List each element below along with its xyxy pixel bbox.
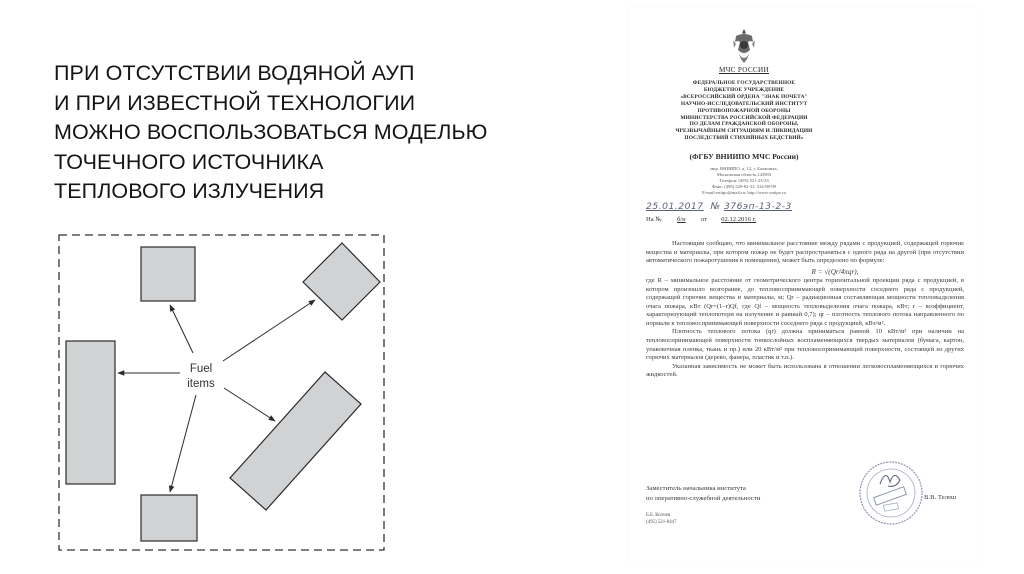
- reference-line: На № б/н от 02.12.2016 г.: [646, 216, 769, 223]
- ref-prefix: На №: [646, 216, 662, 223]
- letter-body: Настоящим сообщаю, что минимальное расст…: [646, 240, 964, 380]
- arrow-to-tilted-rectangle: [224, 388, 275, 421]
- fuel-item-bottom-square: [141, 495, 197, 541]
- fuel-item-left-tall-rectangle: [66, 341, 115, 484]
- paragraph: Указанная зависимость не может быть испо…: [646, 363, 964, 380]
- signature-title-line: по оперативно-служебной деятельности: [646, 494, 760, 504]
- organization-contacts: мкр. ВНИИПО, д. 12, г. Балашиха, Московс…: [628, 166, 860, 196]
- title-line: МОЖНО ВОСПОЛЬЗОВАТЬСЯ МОДЕЛЬЮ: [54, 118, 574, 148]
- fuel-item-right-tilted-rectangle: [230, 372, 361, 510]
- paragraph: где R – минимальное расстояние от геомет…: [646, 277, 964, 328]
- fuel-item-top-square: [141, 247, 195, 301]
- signature-title-line: Заместитель начальника института: [646, 484, 760, 494]
- ref-from: от: [701, 216, 707, 223]
- handwritten-registration: 25.01.2017 № 376эп-13-2-3: [646, 201, 792, 212]
- arrow-to-diamond: [223, 300, 315, 361]
- org-line: «ВСЕРОССИЙСКИЙ ОРДЕНА "ЗНАК ПОЧЕТА": [628, 94, 860, 101]
- slide-title: ПРИ ОТСУТСТВИИ ВОДЯНОЙ АУП И ПРИ ИЗВЕСТН…: [54, 59, 574, 207]
- contact-line: E-mail:vniipo@mail.ru; http://www.vniipo…: [628, 190, 860, 196]
- fuel-items-diagram: Fuel items: [50, 225, 390, 574]
- fuel-items-label-line-2: items: [187, 378, 215, 390]
- fuel-items-label-line-1: Fuel: [190, 363, 212, 375]
- handwritten-number: 376эп-13-2-3: [724, 201, 792, 212]
- org-line: ФЕДЕРАЛЬНОЕ ГОСУДАРСТВЕННОЕ: [628, 80, 860, 87]
- title-line: ТОЧЕЧНОГО ИСТОЧНИКА: [54, 148, 574, 178]
- ref-number: б/н: [663, 216, 699, 223]
- fuel-item-shapes: [66, 243, 380, 541]
- ref-date: 02.12.2016 г.: [709, 216, 769, 223]
- org-line: НАУЧНО-ИССЛЕДОВАТЕЛЬСКИЙ ИНСТИТУТ: [628, 101, 860, 108]
- fuel-item-top-right-diamond: [303, 243, 380, 320]
- organization-short-name: (ФГБУ ВНИИПО МЧС России): [628, 152, 860, 161]
- title-line: ТЕПЛОВОГО ИЗЛУЧЕНИЯ: [54, 177, 574, 207]
- organization-name: ФЕДЕРАЛЬНОЕ ГОСУДАРСТВЕННОЕ БЮДЖЕТНОЕ УЧ…: [628, 80, 860, 142]
- paragraph: Плотность теплового потока (qr) должна п…: [646, 328, 964, 362]
- executor-phone: (495) 521-8447: [646, 519, 677, 526]
- title-line: ПРИ ОТСУТСТВИИ ВОДЯНОЙ АУП: [54, 59, 574, 89]
- emblem-icon: [731, 28, 757, 64]
- arrow-to-top-square: [170, 305, 193, 353]
- org-line: ПРОТИВОПОЖАРНОЙ ОБОРОНЫ: [628, 108, 860, 115]
- paragraph: Настоящим сообщаю, что минимальное расст…: [646, 240, 964, 266]
- diagram-canvas: Fuel items: [50, 225, 390, 574]
- org-line: БЮДЖЕТНОЕ УЧРЕЖДЕНИЕ: [628, 87, 860, 94]
- title-line: И ПРИ ИЗВЕСТНОЙ ТЕХНОЛОГИИ: [54, 89, 574, 119]
- executor-name: Б.Б. Колчев: [646, 512, 677, 519]
- signature-title: Заместитель начальника института по опер…: [646, 484, 760, 503]
- org-line: ПОСЛЕДСТВИЙ СТИХИЙНЫХ БЕДСТВИЙ»: [628, 135, 860, 142]
- executor-info: Б.Б. Колчев (495) 521-8447: [646, 512, 677, 526]
- handwritten-date: 25.01.2017: [646, 201, 704, 212]
- ministry-name: МЧС РОССИИ: [628, 66, 860, 74]
- signature-name: В.В. Телеш: [924, 494, 956, 501]
- arrow-to-bottom-square: [170, 395, 196, 492]
- official-stamp-icon: [858, 460, 924, 526]
- official-letter-scan: МЧС РОССИИ ФЕДЕРАЛЬНОЕ ГОСУДАРСТВЕННОЕ Б…: [628, 8, 978, 564]
- number-sign: №: [710, 201, 720, 212]
- formula: R = √(Qr/4πqr),: [706, 268, 964, 277]
